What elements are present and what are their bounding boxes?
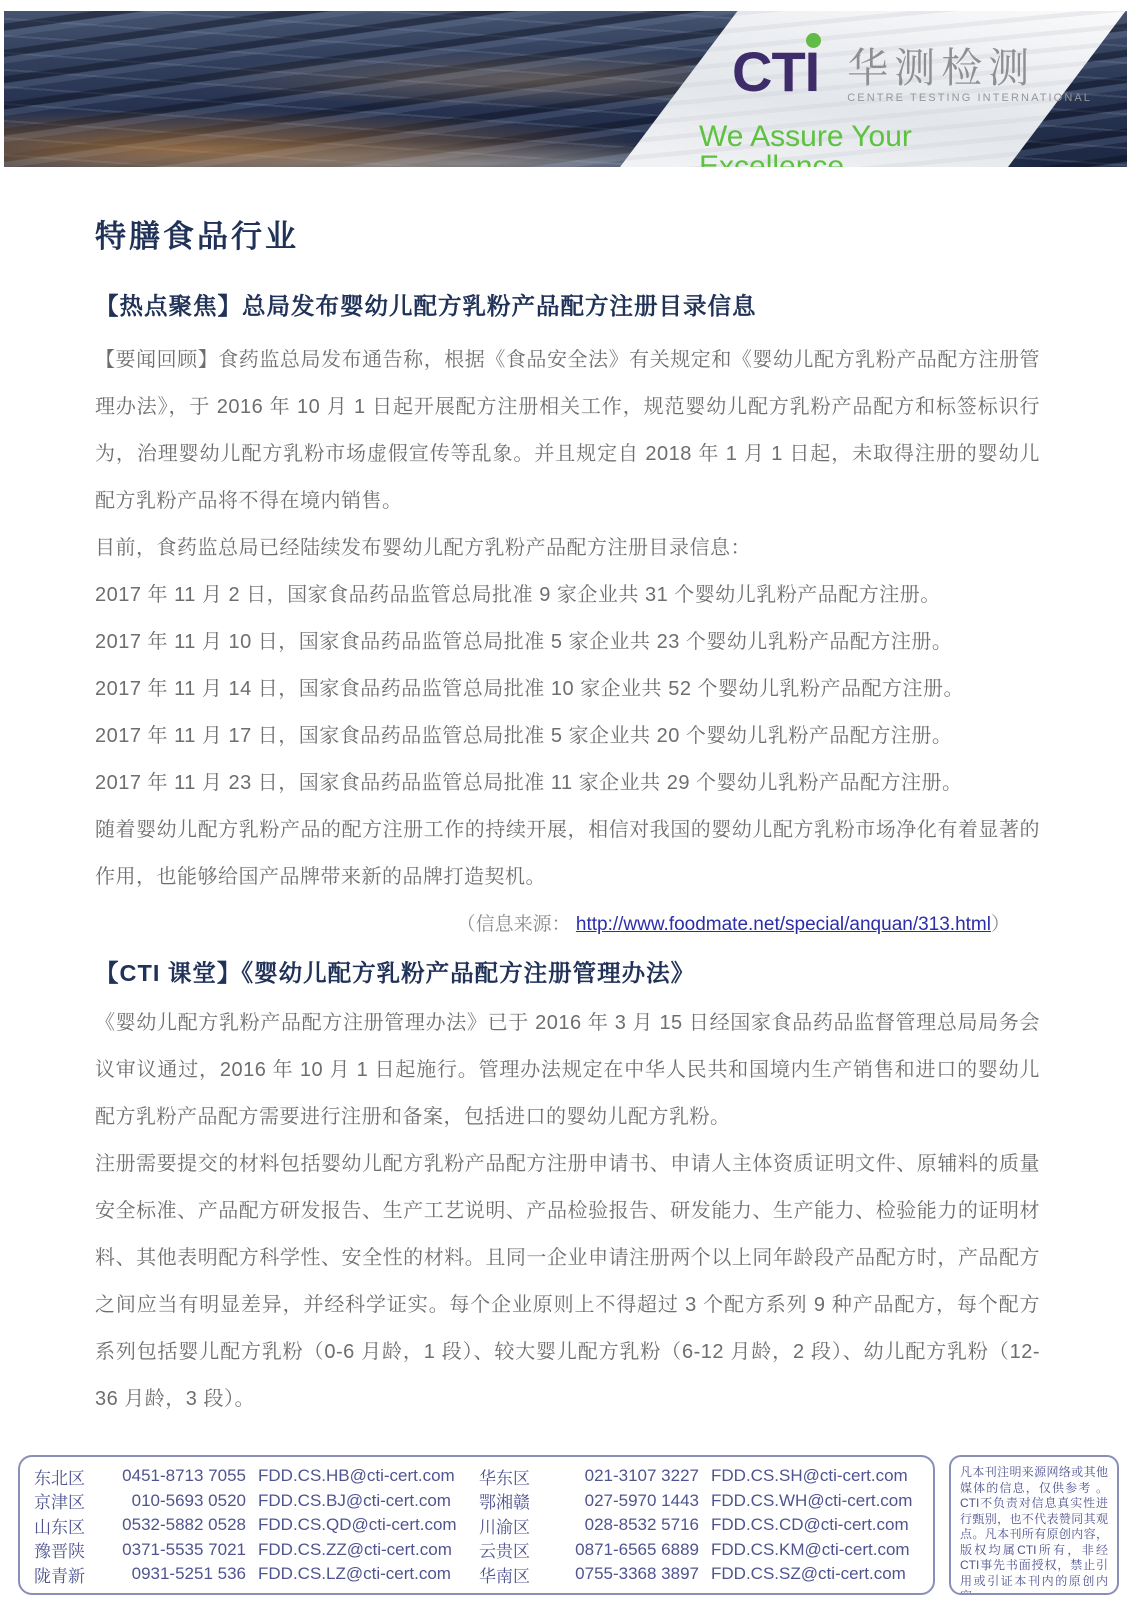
contact-group-left: 东北区 0451-8713 7055 FDD.CS.HB@cti-cert.co… [34,1465,470,1585]
contact-row: 东北区 0451-8713 7055 FDD.CS.HB@cti-cert.co… [34,1464,470,1489]
contact-email: FDD.CS.LZ@cti-cert.com [258,1564,470,1584]
contact-phone: 0871-6565 6889 [553,1540,699,1560]
paragraph: 目前，食药监总局已经陆续发布婴幼儿配方乳粉产品配方注册目录信息： [95,525,1040,572]
contact-phone: 0755-3368 3897 [553,1564,699,1584]
contact-row: 豫晋陕 0371-5535 7021 FDD.CS.ZZ@cti-cert.co… [34,1537,470,1562]
contact-email: FDD.CS.CD@cti-cert.com [711,1515,921,1535]
newsletter-page: CTI 华测检测 CENTRE TESTING INTERNATIONAL We… [0,0,1131,1600]
contact-region: 鄂湘赣 [479,1488,541,1513]
source-url-link[interactable]: http://www.foodmate.net/special/anquan/3… [576,914,991,935]
contact-phone: 010-5693 0520 [106,1491,246,1511]
contact-region: 川渝区 [479,1513,541,1538]
contact-row: 山东区 0532-5882 0528 FDD.CS.QD@cti-cert.co… [34,1513,470,1538]
logo-subtitle: CENTRE TESTING INTERNATIONAL [847,92,1092,104]
header-banner: CTI 华测检测 CENTRE TESTING INTERNATIONAL We… [4,11,1127,167]
footer-disclaimer-box: 凡本刊注明来源网络或其他媒体的信息，仅供参考 。CTI不负责对信息真实性进行甄别… [949,1455,1119,1595]
paragraph: 《婴幼儿配方乳粉产品配方注册管理办法》已于 2016 年 3 月 15 日经国家… [95,1000,1040,1141]
section2-heading: 【CTI 课堂】《婴幼儿配方乳粉产品配方注册管理办法》 [95,956,1040,990]
contact-phone: 0532-5882 0528 [106,1515,246,1535]
contact-row: 川渝区 028-8532 5716 FDD.CS.CD@cti-cert.com [479,1513,921,1538]
contact-email: FDD.CS.SZ@cti-cert.com [711,1564,921,1584]
contact-email: FDD.CS.QD@cti-cert.com [258,1515,470,1535]
cti-logo-row: CTI 华测检测 CENTRE TESTING INTERNATIONAL [732,45,1029,104]
contact-row: 京津区 010-5693 0520 FDD.CS.BJ@cti-cert.com [34,1488,470,1513]
contact-region: 陇青新 [34,1562,94,1587]
contact-email: FDD.CS.WH@cti-cert.com [711,1491,921,1511]
contact-phone: 0451-8713 7055 [106,1466,246,1486]
contact-row: 云贵区 0871-6565 6889 FDD.CS.KM@cti-cert.co… [479,1537,921,1562]
contact-phone: 0371-5535 7021 [106,1540,246,1560]
contact-row: 鄂湘赣 027-5970 1443 FDD.CS.WH@cti-cert.com [479,1488,921,1513]
contact-phone: 0931-5251 536 [106,1564,246,1584]
contact-email: FDD.CS.SH@cti-cert.com [711,1466,921,1486]
paragraph: 2017 年 11 月 23 日，国家食品药品监管总局批准 11 家企业共 29… [95,760,1040,807]
contact-region: 华东区 [479,1464,541,1489]
contact-email: FDD.CS.HB@cti-cert.com [258,1466,470,1486]
footer-contact-box: 东北区 0451-8713 7055 FDD.CS.HB@cti-cert.co… [18,1455,935,1595]
contact-email: FDD.CS.KM@cti-cert.com [711,1540,921,1560]
paragraph: 随着婴幼儿配方乳粉产品的配方注册工作的持续开展，相信对我国的婴幼儿配方乳粉市场净… [95,807,1040,901]
paragraph: 2017 年 11 月 2 日，国家食品药品监管总局批准 9 家企业共 31 个… [95,572,1040,619]
contact-region: 华南区 [479,1562,541,1587]
paragraph: 2017 年 11 月 17 日，国家食品药品监管总局批准 5 家企业共 20 … [95,713,1040,760]
contact-region: 云贵区 [479,1537,541,1562]
paragraph: 注册需要提交的材料包括婴幼儿配方乳粉产品配方注册申请书、申请人主体资质证明文件、… [95,1141,1040,1423]
paragraph: 【要闻回顾】食药监总局发布通告称，根据《食品安全法》有关规定和《婴幼儿配方乳粉产… [95,337,1040,525]
contact-email: FDD.CS.BJ@cti-cert.com [258,1491,470,1511]
contact-region: 东北区 [34,1464,94,1489]
contact-phone: 028-8532 5716 [553,1515,699,1535]
contact-phone: 021-3107 3227 [553,1466,699,1486]
source-line: （信息来源： http://www.foodmate.net/special/a… [95,901,1040,948]
paragraph: 2017 年 11 月 14 日，国家食品药品监管总局批准 10 家企业共 52… [95,666,1040,713]
cti-logo-text: CTI [732,45,819,99]
contact-row: 华东区 021-3107 3227 FDD.CS.SH@cti-cert.com [479,1464,921,1489]
contact-phone: 027-5970 1443 [553,1491,699,1511]
contact-region: 豫晋陕 [34,1537,94,1562]
cti-logo: CTI 华测检测 CENTRE TESTING INTERNATIONAL We… [699,45,1029,167]
contact-region: 京津区 [34,1488,94,1513]
contact-row: 华南区 0755-3368 3897 FDD.CS.SZ@cti-cert.co… [479,1562,921,1587]
logo-green-dot-icon [806,33,821,48]
contact-region: 山东区 [34,1513,94,1538]
source-suffix: ） [991,914,1010,935]
logo-tagline: We Assure Your Excellence [699,122,1029,167]
contact-group-right: 华东区 021-3107 3227 FDD.CS.SH@cti-cert.com… [479,1465,921,1585]
main-content: 特膳食品行业 【热点聚焦】总局发布婴幼儿配方乳粉产品配方注册目录信息 【要闻回顾… [95,215,1040,1423]
contact-row: 陇青新 0931-5251 536 FDD.CS.LZ@cti-cert.com [34,1562,470,1587]
page-title: 特膳食品行业 [95,215,1040,259]
contact-email: FDD.CS.ZZ@cti-cert.com [258,1540,470,1560]
logo-name-block: 华测检测 CENTRE TESTING INTERNATIONAL [847,47,1092,104]
logo-chinese-name: 华测检测 [847,47,1092,89]
paragraph: 2017 年 11 月 10 日，国家食品药品监管总局批准 5 家企业共 23 … [95,619,1040,666]
section1-heading: 【热点聚焦】总局发布婴幼儿配方乳粉产品配方注册目录信息 [95,289,1040,323]
source-prefix: （信息来源： [457,914,576,935]
